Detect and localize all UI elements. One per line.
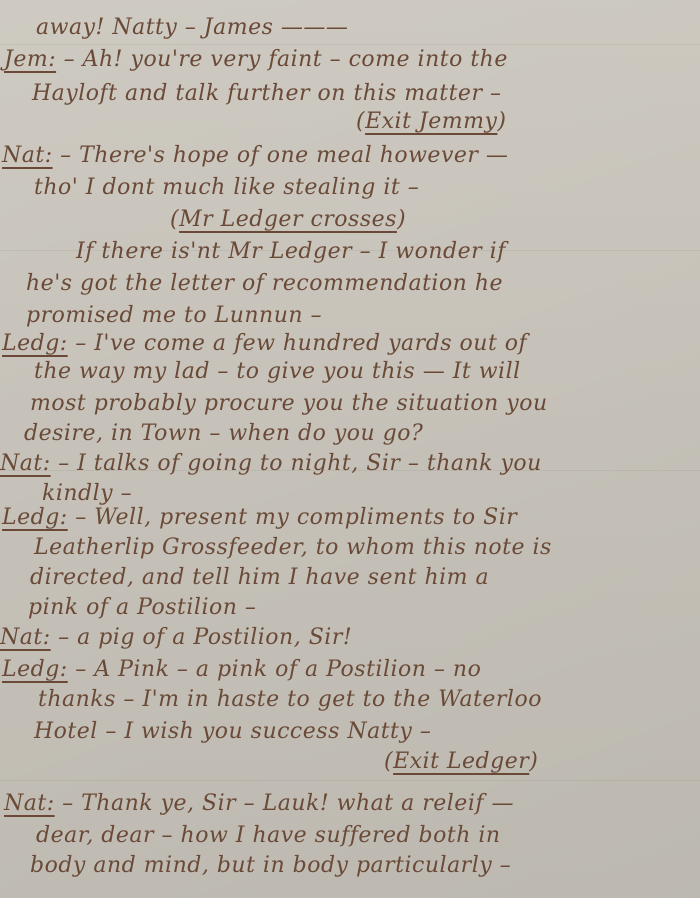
dialogue-text: – I've come a few hundred yards out of xyxy=(75,331,527,356)
paren-open: ( xyxy=(356,109,365,134)
manuscript-line: most probably procure you the situation … xyxy=(30,390,548,418)
dialogue-text: – Thank ye, Sir – Lauk! what a releif — xyxy=(62,791,514,816)
dialogue-text: Hotel – I wish you success Natty – xyxy=(34,719,431,744)
dialogue-text: body and mind, but in body particularly … xyxy=(30,853,511,878)
manuscript-line: body and mind, but in body particularly … xyxy=(30,852,511,880)
dialogue-text: thanks – I'm in haste to get to the Wate… xyxy=(38,687,542,712)
dialogue-text: Hayloft and talk further on this matter … xyxy=(32,81,501,106)
paren-open: ( xyxy=(170,207,179,232)
dialogue-text: – There's hope of one meal however — xyxy=(60,143,508,168)
manuscript-line: tho' I dont much like stealing it – xyxy=(34,174,419,202)
speaker-label: Jem: xyxy=(4,47,56,72)
dialogue-text: the way my lad – to give you this — It w… xyxy=(34,359,521,384)
manuscript-line: Ledg: – Well, present my compliments to … xyxy=(2,504,517,532)
dialogue-text: directed, and tell him I have sent him a xyxy=(30,565,489,590)
stage-direction: (Exit Ledger) xyxy=(384,748,538,776)
manuscript-line: Nat: – a pig of a Postilion, Sir! xyxy=(0,624,352,652)
manuscript-line: Nat: – There's hope of one meal however … xyxy=(2,142,508,170)
stage-direction: (Exit Jemmy) xyxy=(356,108,507,136)
dialogue-text: dear, dear – how I have suffered both in xyxy=(36,823,501,848)
manuscript-line: Leatherlip Grossfeeder, to whom this not… xyxy=(34,534,552,562)
speaker-label: Nat: xyxy=(4,791,55,816)
dialogue-text: – Ah! you're very faint – come into the xyxy=(64,47,508,72)
stage-direction-text: Exit Ledger xyxy=(393,749,529,774)
speaker-label: Ledg: xyxy=(2,505,68,530)
speaker-label: Nat: xyxy=(0,625,51,650)
dialogue-text: – Well, present my compliments to Sir xyxy=(75,505,517,530)
manuscript-line: away! Natty – James ——— xyxy=(36,14,348,42)
ruled-line xyxy=(0,44,700,45)
dialogue-text: – I talks of going to night, Sir – thank… xyxy=(58,451,542,476)
speaker-label: Ledg: xyxy=(2,657,68,682)
stage-direction-text: Exit Jemmy xyxy=(365,109,497,134)
ruled-line xyxy=(0,780,700,781)
dialogue-text: desire, in Town – when do you go? xyxy=(24,421,423,446)
manuscript-line: desire, in Town – when do you go? xyxy=(24,420,423,448)
manuscript-line: promised me to Lunnun – xyxy=(26,302,322,330)
dialogue-text: tho' I dont much like stealing it – xyxy=(34,175,419,200)
manuscript-line: Hotel – I wish you success Natty – xyxy=(34,718,431,746)
dialogue-text: – A Pink – a pink of a Postilion – no xyxy=(75,657,481,682)
manuscript-line: directed, and tell him I have sent him a xyxy=(30,564,489,592)
stage-direction: (Mr Ledger crosses) xyxy=(170,206,406,234)
speaker-label: Nat: xyxy=(0,451,51,476)
manuscript-line: Hayloft and talk further on this matter … xyxy=(32,80,501,108)
dialogue-text: – a pig of a Postilion, Sir! xyxy=(58,625,352,650)
manuscript-line: Nat: – Thank ye, Sir – Lauk! what a rele… xyxy=(4,790,514,818)
dialogue-text: away! Natty – James ——— xyxy=(36,15,348,40)
dialogue-text: kindly – xyxy=(42,481,132,506)
paren-close: ) xyxy=(529,749,538,774)
dialogue-text: most probably procure you the situation … xyxy=(30,391,548,416)
dialogue-text: pink of a Postilion – xyxy=(28,595,256,620)
manuscript-line: thanks – I'm in haste to get to the Wate… xyxy=(38,686,542,714)
stage-direction-text: Mr Ledger crosses xyxy=(179,207,397,232)
paren-close: ) xyxy=(497,109,506,134)
manuscript-page: away! Natty – James ——— Jem: – Ah! you'r… xyxy=(0,0,700,898)
manuscript-line: Ledg: – A Pink – a pink of a Postilion –… xyxy=(2,656,481,684)
manuscript-line: Nat: – I talks of going to night, Sir – … xyxy=(0,450,542,478)
dialogue-text: If there is'nt Mr Ledger – I wonder if xyxy=(76,239,506,264)
manuscript-line: If there is'nt Mr Ledger – I wonder if xyxy=(76,238,506,266)
manuscript-line: dear, dear – how I have suffered both in xyxy=(36,822,501,850)
manuscript-line: Ledg: – I've come a few hundred yards ou… xyxy=(2,330,527,358)
paren-close: ) xyxy=(397,207,406,232)
speaker-label: Ledg: xyxy=(2,331,68,356)
paren-open: ( xyxy=(384,749,393,774)
manuscript-line: he's got the letter of recommendation he xyxy=(26,270,503,298)
speaker-label: Nat: xyxy=(2,143,53,168)
manuscript-line: pink of a Postilion – xyxy=(28,594,256,622)
manuscript-line: Jem: – Ah! you're very faint – come into… xyxy=(4,46,508,74)
dialogue-text: promised me to Lunnun – xyxy=(26,303,322,328)
dialogue-text: Leatherlip Grossfeeder, to whom this not… xyxy=(34,535,552,560)
manuscript-line: the way my lad – to give you this — It w… xyxy=(34,358,521,386)
dialogue-text: he's got the letter of recommendation he xyxy=(26,271,503,296)
